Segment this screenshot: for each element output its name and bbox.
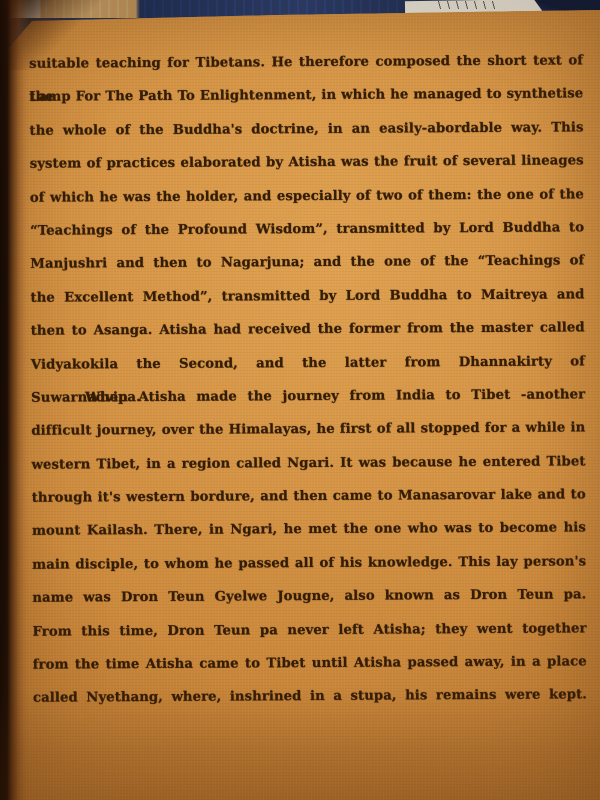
manuscript-line: through it's western bordure, and then c… <box>32 478 586 515</box>
manuscript-line: Vidyakokila the Second, and the latter f… <box>31 345 585 382</box>
manuscript-line: called Nyethang, where, inshrined in a s… <box>33 679 587 716</box>
manuscript-line: mount Kailash. There, in Ngari, he met t… <box>32 512 586 549</box>
manuscript-text: suitable teaching for Tibetans. He there… <box>29 44 587 715</box>
manuscript-line: suitable teaching for Tibetans. He there… <box>29 44 583 81</box>
manuscript-line: the whole of the Buddha's doctrine, in a… <box>29 111 583 148</box>
manuscript-line: main disciple, to whom he passed all of … <box>32 545 586 582</box>
manuscript-line: difficult journey, over the Himalayas, h… <box>31 412 585 449</box>
manuscript-line: name was Dron Teun Gyelwe Jougne, also k… <box>32 579 586 616</box>
manuscript-line: the Excellent Method”, transmitted by Lo… <box>30 278 584 315</box>
manuscript-line: of which he was the holder, and especial… <box>30 178 584 215</box>
manuscript-line: From this time, Dron Teun pa never left … <box>32 612 586 649</box>
manuscript-photo: suitable teaching for Tibetans. He there… <box>0 0 600 800</box>
manuscript-line: then to Asanga. Atisha had received the … <box>31 311 585 348</box>
background-scribble-marks <box>435 1 495 9</box>
manuscript-line: “Teachings of the Profound Wisdom”, tran… <box>30 211 584 248</box>
manuscript-line: When Atisha made the journey from India … <box>31 378 585 415</box>
book-spine-shadow <box>0 0 30 800</box>
manuscript-line: system of practices elaborated by Atisha… <box>30 144 584 181</box>
manuscript-line: Lamp For The Path To Enlightenment, in w… <box>29 78 583 115</box>
manuscript-line: from the time Atisha came to Tibet until… <box>33 645 587 682</box>
manuscript-line: western Tibet, in a region called Ngari.… <box>31 445 585 482</box>
manuscript-line: Manjushri and then to Nagarjuna; and the… <box>30 245 584 282</box>
